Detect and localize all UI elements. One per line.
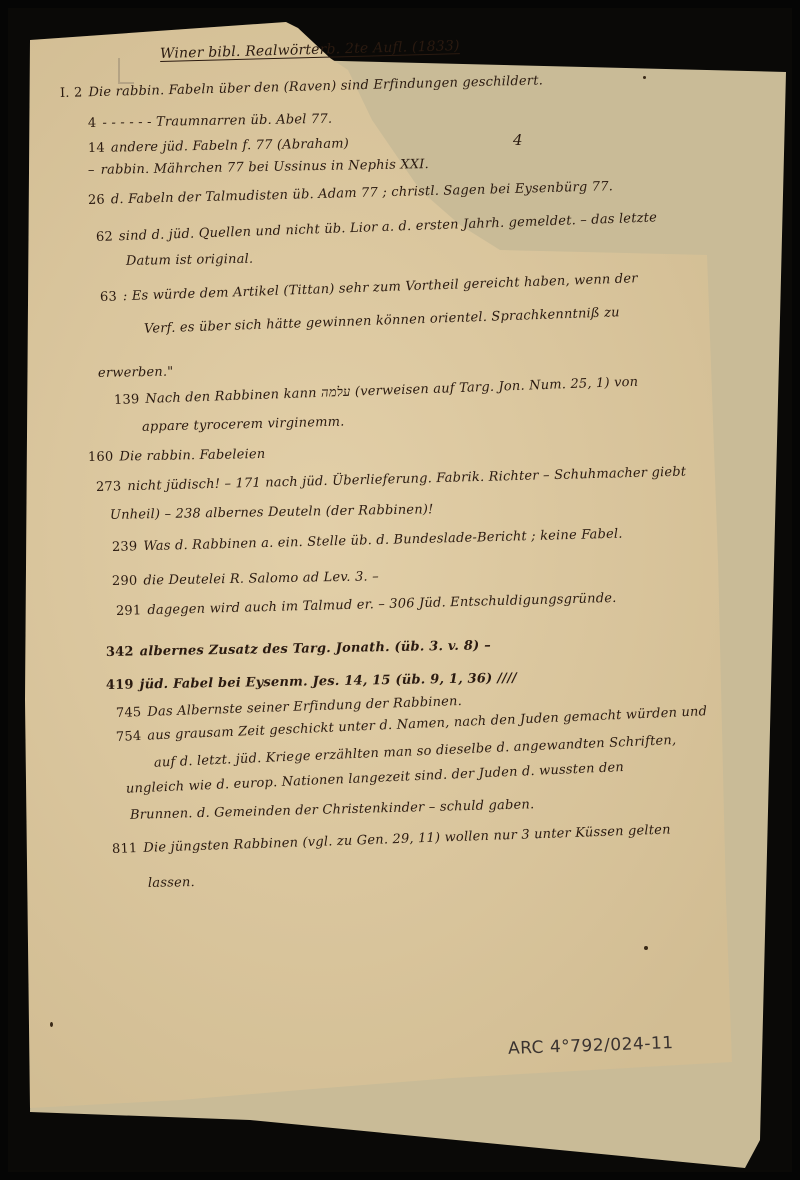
entry-number: 290 — [112, 574, 138, 589]
entry-number — [120, 782, 121, 797]
entry-number: – — [88, 163, 95, 178]
paper-spot — [50, 1022, 53, 1027]
entry-number — [138, 322, 139, 337]
entry-number: 160 — [88, 450, 114, 465]
margin-note: 4 — [513, 131, 523, 149]
entry-text: Datum ist original. — [126, 252, 254, 269]
entry-number: 139 — [114, 392, 140, 408]
entry-number — [148, 756, 149, 771]
pencil-mark — [118, 58, 134, 84]
entry-number: 291 — [116, 603, 142, 619]
entry-number: 26 — [88, 193, 105, 208]
entry-number: 342 — [106, 645, 134, 660]
entry-number: 419 — [106, 678, 134, 693]
entry-number: 811 — [112, 841, 138, 857]
entry-text: lassen. — [148, 875, 195, 891]
paper-spot — [643, 76, 646, 79]
entry-number: 62 — [96, 229, 113, 245]
entry-number: 14 — [88, 141, 105, 156]
entry-number: 63 — [100, 289, 117, 305]
entry-number: 239 — [112, 539, 138, 555]
entry-line: erwerben." — [92, 365, 174, 381]
entry-line: 160Die rabbin. Fabeleien — [88, 447, 266, 465]
entry-line: lassen. — [142, 875, 195, 891]
paper-spot — [644, 946, 648, 950]
entry-number: I. 2 — [60, 85, 83, 101]
entry-text: erwerben." — [98, 365, 174, 381]
entry-line: Datum ist original. — [120, 252, 254, 269]
entry-number: 4 — [88, 116, 97, 131]
entry-number: 273 — [96, 479, 122, 495]
entry-number: 754 — [116, 729, 142, 745]
entry-text: Die rabbin. Fabeleien — [119, 447, 265, 465]
entry-number: 745 — [116, 705, 142, 721]
